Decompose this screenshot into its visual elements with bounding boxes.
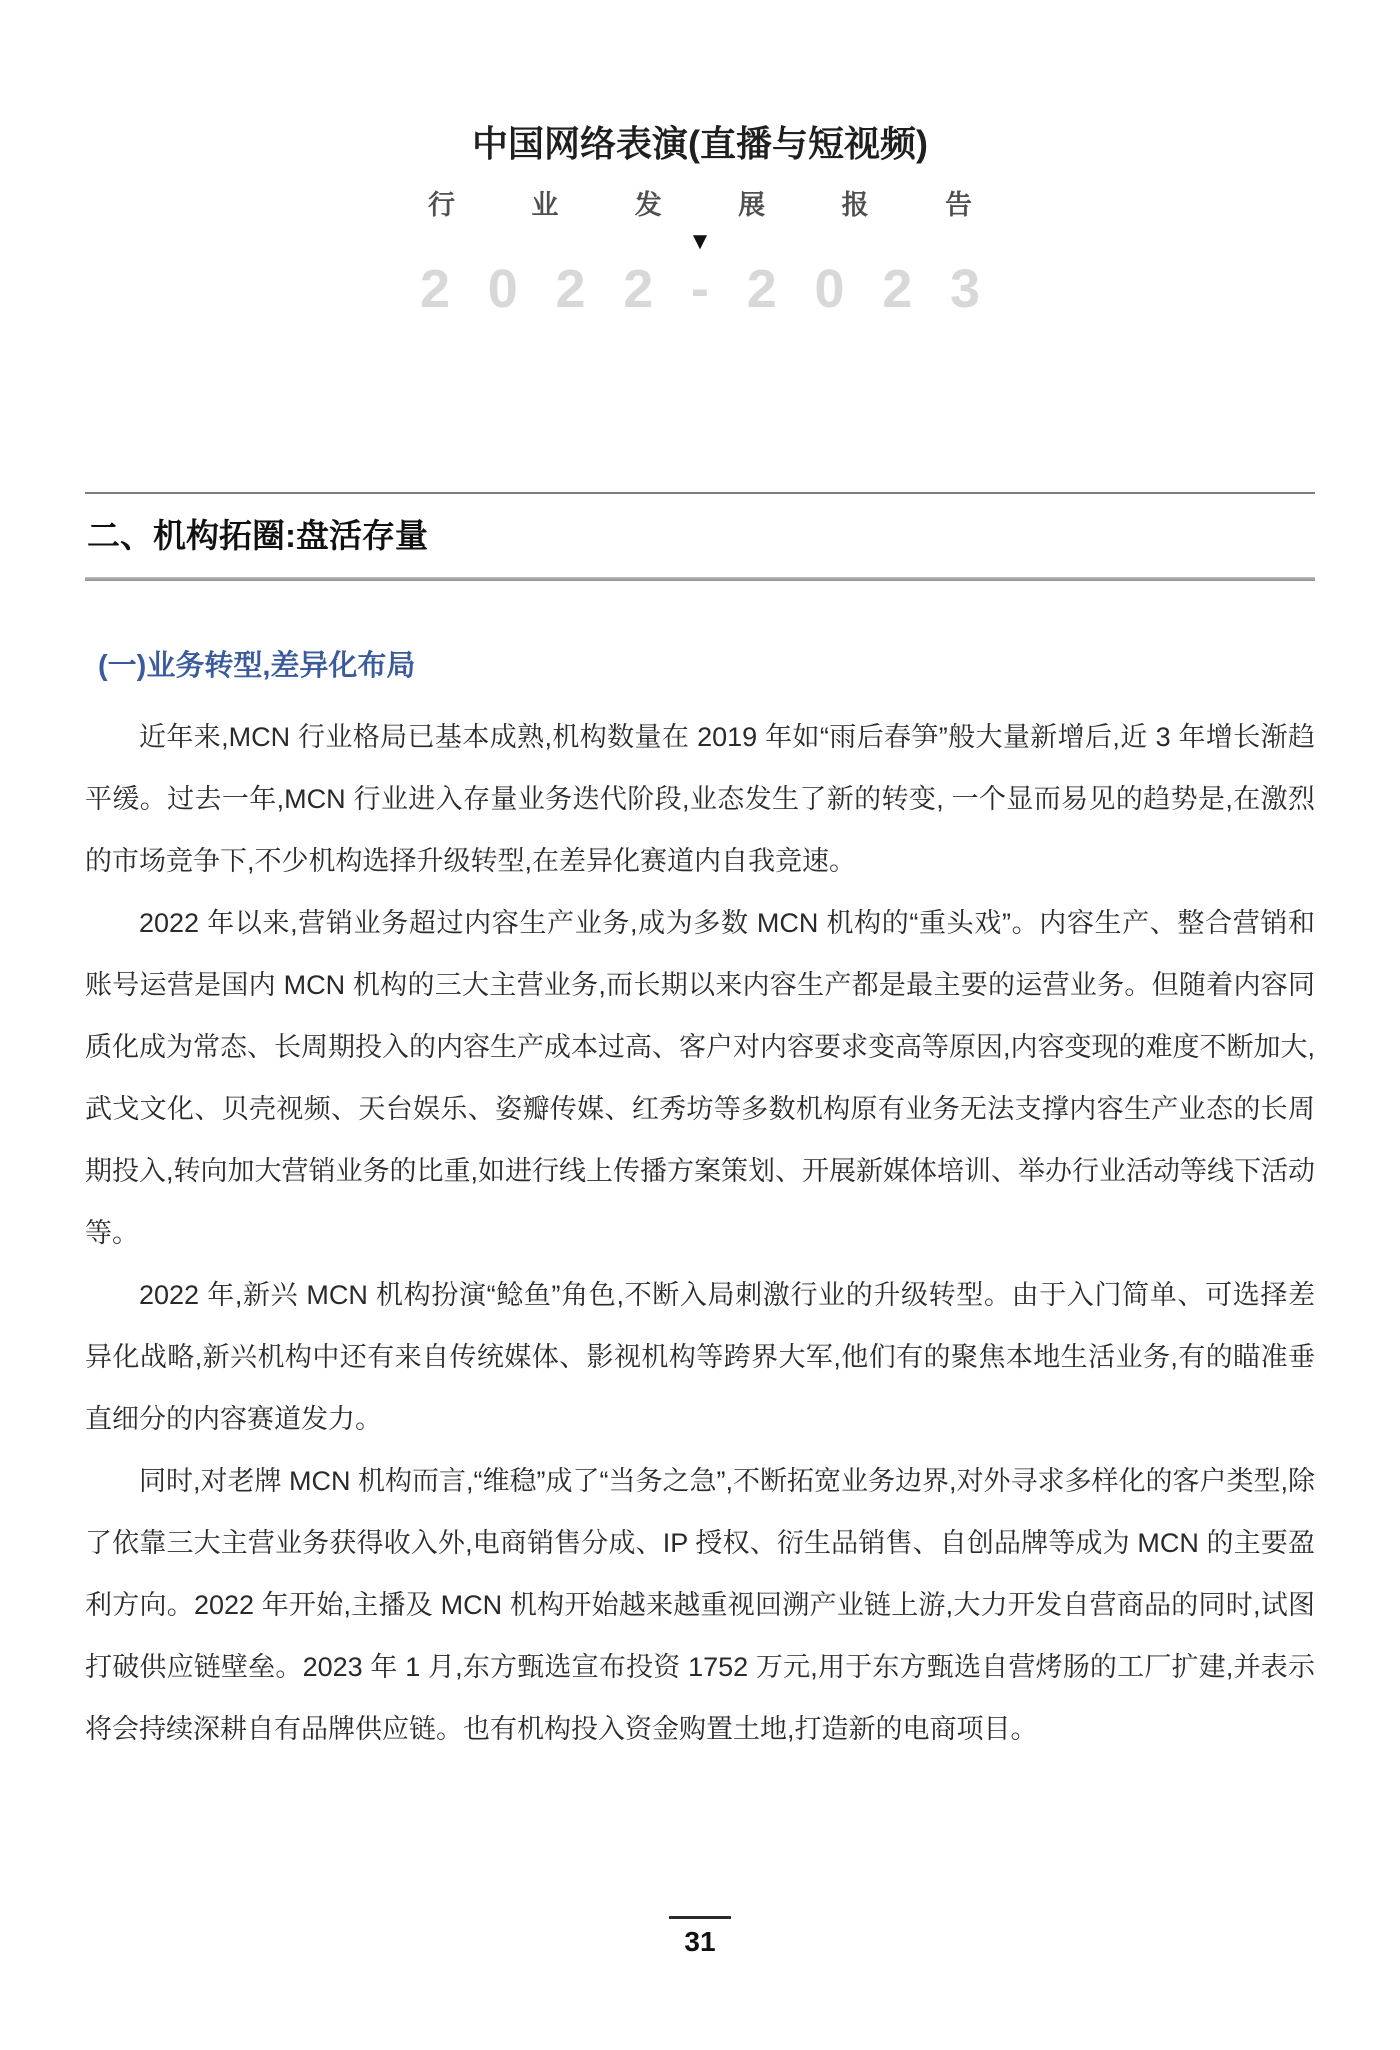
report-header-inner: 中国网络表演(直播与短视频) 行业发展报告 ▼ 2022-2023 — [420, 116, 980, 320]
section-heading-block: 二、机构拓圈:盘活存量 — [85, 492, 1315, 581]
report-title: 中国网络表演(直播与短视频) — [420, 116, 980, 167]
report-years: 2022-2023 — [420, 258, 980, 320]
section-heading: 二、机构拓圈:盘活存量 — [87, 510, 1315, 557]
body-paragraph: 2022 年,新兴 MCN 机构扮演“鲶鱼”角色,不断入局刺激行业的升级转型。由… — [85, 1264, 1315, 1450]
body-paragraph: 2022 年以来,营销业务超过内容生产业务,成为多数 MCN 机构的“重头戏”。… — [85, 892, 1315, 1264]
triangle-down-icon: ▼ — [420, 230, 980, 254]
body-paragraph: 同时,对老牌 MCN 机构而言,“维稳”成了“当务之急”,不断拓宽业务边界,对外… — [85, 1450, 1315, 1760]
subsection-heading: (一)业务转型,差异化布局 — [98, 643, 1315, 684]
divider-bottom — [85, 577, 1315, 581]
footer-divider — [669, 1916, 731, 1919]
page-footer: 31 — [0, 1916, 1400, 1958]
report-subtitle: 行业发展报告 — [420, 183, 980, 222]
report-header: 中国网络表演(直播与短视频) 行业发展报告 ▼ 2022-2023 — [0, 0, 1400, 320]
body-text: 近年来,MCN 行业格局已基本成熟,机构数量在 2019 年如“雨后春笋”般大量… — [85, 706, 1315, 1760]
report-page: 中国网络表演(直播与短视频) 行业发展报告 ▼ 2022-2023 二、机构拓圈… — [0, 0, 1400, 2050]
divider-top — [85, 492, 1315, 494]
body-paragraph: 近年来,MCN 行业格局已基本成熟,机构数量在 2019 年如“雨后春笋”般大量… — [85, 706, 1315, 892]
page-number: 31 — [0, 1926, 1400, 1958]
